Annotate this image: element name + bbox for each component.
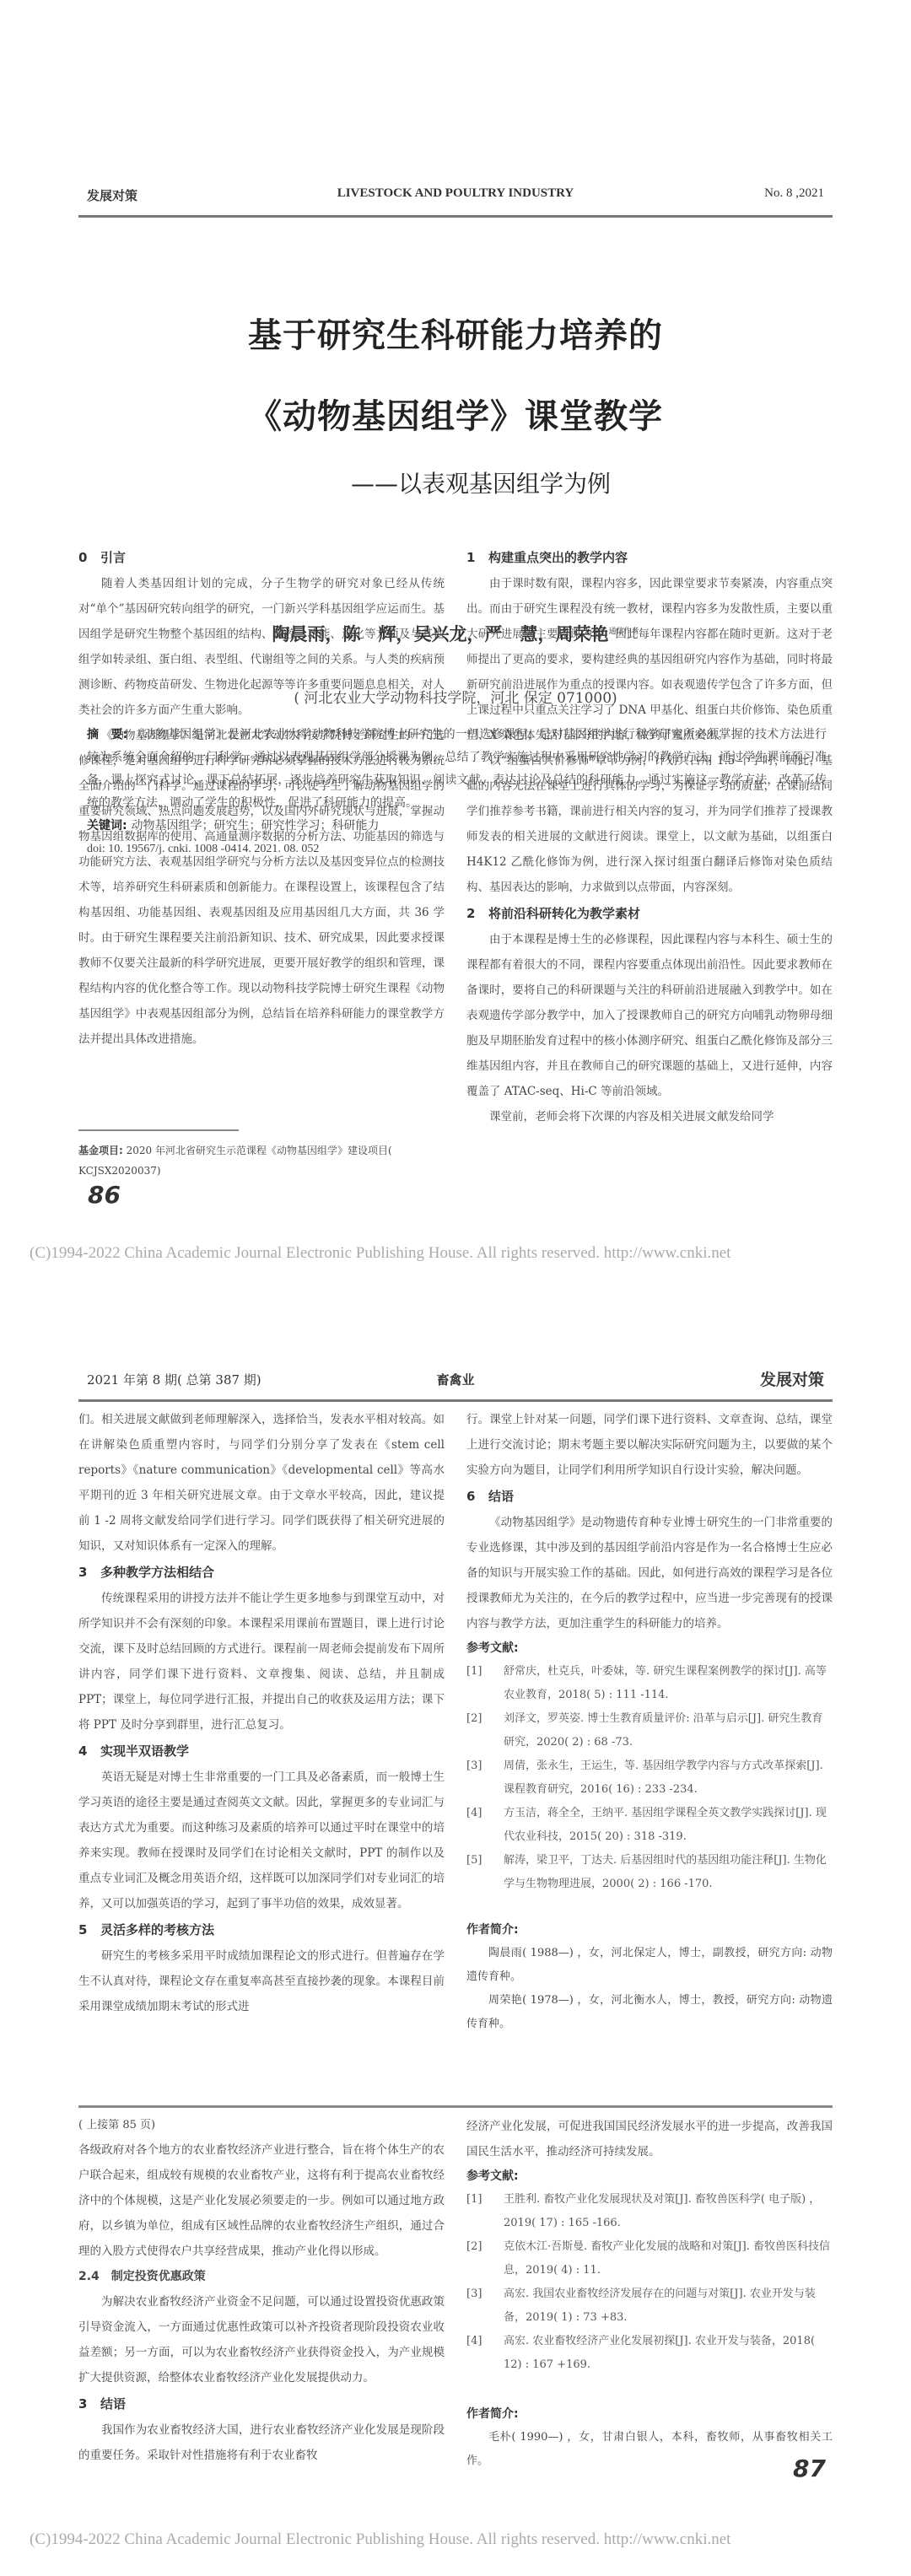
reference-item: [4]高宏. 农业畜牧经济产业化发展初探[J]. 农业开发与装备，2018( 1…	[466, 2330, 833, 2377]
reference-item: [3]周倩，张永生，王运生，等. 基因组学教学内容与方式改革探索[J]. 课程教…	[466, 1754, 833, 1802]
author-bio-heading: 作者简介:	[466, 2402, 833, 2426]
reference-item: [2]刘泽文，罗英姿. 博士生教育质量评价: 沿革与启示[J]. 研究生教育研究…	[466, 1707, 833, 1754]
paragraph: 我国作为农业畜牧经济大国，进行农业畜牧经济产业化发展是现阶段的重要任务。采取针对…	[78, 2417, 445, 2468]
footnote-rule	[78, 1129, 239, 1131]
article-title-line-2: 《动物基因组学》课堂教学	[0, 390, 911, 438]
author-bio: 毛朴( 1990—) ，女，甘肃白银人，本科，畜牧师，从事畜牧相关工作。	[466, 2426, 833, 2473]
running-header: 2021 年第 8 期( 总第 387 期) 畜禽业 发展对策	[78, 1371, 833, 1404]
paragraph: 各级政府对各个地方的农业畜牧经济产业进行整合，旨在将个体生产的农户联合起来，组成…	[78, 2137, 445, 2264]
fund-footnote: 基金项目: 2020 年河北省研究生示范课程《动物基因组学》建设项目( KCJS…	[78, 1140, 450, 1181]
article-divider	[78, 2105, 833, 2108]
subsection-heading: 2.4 制定投资优惠政策	[78, 2264, 445, 2289]
reference-item: [1]王胜利. 畜牧产业化发展现状及对策[J]. 畜牧兽医科学( 电子版) ，2…	[466, 2188, 833, 2235]
paragraph: 传统课程采用的讲授方法并不能让学生更多地参与到课堂互动中，对所学知识并不会有深刻…	[78, 1586, 445, 1738]
right-column: 1构建重点突出的教学内容 由于课时数有限，课程内容多，因此课堂要求节奏紧凑，内容…	[466, 544, 833, 1129]
article-title-line-1: 基于研究生科研能力培养的	[0, 309, 911, 357]
page-number: 87	[793, 2455, 826, 2482]
author-bio: 周荣艳( 1978—) ，女，河北衡水人，博士，教授，研究方向: 动物遗传育种。	[466, 1989, 833, 2036]
article-subtitle: ——以表观基因组学为例	[0, 466, 911, 499]
paragraph: 行。课堂上针对某一问题，同学们课下进行资料、文章查询、总结，课堂上进行交流讨论；…	[466, 1407, 833, 1483]
paragraph: 由于本课程是博士生的必修课程，因此课程内容与本科生、硕士生的课程都有着很大的不同…	[466, 927, 833, 1104]
header-issue: No. 8 ,2021	[764, 186, 824, 201]
page-86: 发展对策 LIVESTOCK AND POULTRY INDUSTRY No. …	[0, 0, 911, 1291]
references-heading: 参考文献:	[466, 1636, 833, 1660]
section-heading-2: 2将前沿科研转化为教学素材	[466, 900, 833, 927]
author-bios: 陶晨雨( 1988—) ，女，河北保定人，博士，副教授，研究方向: 动物遗传育种…	[466, 1942, 833, 2036]
paragraph: 《动物基因组学》是动物遗传育种专业博士研究生的一门非常重要的专业选修课，其中涉及…	[466, 1510, 833, 1636]
right-column: 行。课堂上针对某一问题，同学们课下进行资料、文章查询、总结，课堂上进行交流讨论；…	[466, 1407, 833, 2036]
header-rule	[78, 215, 833, 218]
reference-item: [4]方玉洁，蒋全全，王纳平. 基因组学课程全英文教学实践探讨[J]. 现代农业…	[466, 1802, 833, 1849]
paragraph: 研究生的考核多采用平时成绩加课程论文的形式进行。但普遍存在学生不认真对待，课程论…	[78, 1943, 445, 2019]
paragraph: 以“组蛋白共价修饰”章节为例，计划共占用 1.5 个学时，因此，基础的内容无法在…	[466, 748, 833, 900]
paragraph: 经济产业化发展，可促进我国国民经济发展水平的进一步提高，改善我国国民生活水平，推…	[466, 2114, 833, 2164]
running-header: 发展对策 LIVESTOCK AND POULTRY INDUSTRY No. …	[78, 186, 833, 220]
left-column: 0引言 随着人类基因组计划的完成，分子生物学的研究对象已经从传统对“单个”基因研…	[78, 544, 445, 1052]
author-bio-heading: 作者简介:	[466, 1918, 833, 1942]
header-journal: 畜禽业	[78, 1371, 833, 1388]
copyright-notice: (C)1994-2022 China Academic Journal Elec…	[30, 2530, 730, 2549]
references-heading: 参考文献:	[466, 2164, 833, 2188]
paragraph: 《动物基因组学》是河北农业大学动物科技学院博士研究生的一门选修课程，是对基因组学…	[78, 723, 445, 1052]
reference-item: [5]解涛，梁卫平，丁达夫. 后基因组时代的基因组功能注释[J]. 生物化学与生…	[466, 1849, 833, 1896]
page-87: 2021 年第 8 期( 总第 387 期) 畜禽业 发展对策 们。相关进展文献…	[0, 1291, 911, 2576]
fund-text: 2020 年河北省研究生示范课程《动物基因组学》建设项目( KCJSX20200…	[78, 1145, 392, 1177]
reference-item: [3]高宏. 我国农业畜牧经济发展存在的问题与对策[J]. 农业开发与装备，20…	[466, 2282, 833, 2330]
author-bio: 陶晨雨( 1988—) ，女，河北保定人，博士，副教授，研究方向: 动物遗传育种…	[466, 1942, 833, 1989]
section-heading-6: 6结语	[466, 1483, 833, 1510]
fund-label: 基金项目	[78, 1145, 119, 1156]
header-section: 发展对策	[760, 1367, 824, 1390]
section-heading-4: 4实现半双语教学	[78, 1738, 445, 1765]
paragraph: 英语无疑是对博士生非常重要的一门工具及必备素质，而一般博士生学习英语的途径主要是…	[78, 1765, 445, 1916]
header-journal: LIVESTOCK AND POULTRY INDUSTRY	[78, 186, 833, 201]
second-article-right-column: 经济产业化发展，可促进我国国民经济发展水平的进一步提高，改善我国国民生活水平，推…	[466, 2114, 833, 2473]
paragraph: 课堂前，老师会将下次课的内容及相关进展文献发给同学	[466, 1104, 833, 1129]
author-bios: 毛朴( 1990—) ，女，甘肃白银人，本科，畜牧师，从事畜牧相关工作。	[466, 2426, 833, 2473]
paragraph: 随着人类基因组计划的完成，分子生物学的研究对象已经从传统对“单个”基因研究转向组…	[78, 571, 445, 723]
paragraph: 由于课时数有限，课程内容多，因此课堂要求节奏紧凑，内容重点突出。而由于研究生课程…	[466, 571, 833, 748]
section-heading-conclusion: 3结语	[78, 2390, 445, 2417]
copyright-notice: (C)1994-2022 China Academic Journal Elec…	[30, 1244, 730, 1263]
paragraph: 为解决农业畜牧经济产业资金不足问题，可以通过设置投资优惠政策引导资金流入，一方面…	[78, 2289, 445, 2390]
section-heading-intro: 0引言	[78, 544, 445, 571]
section-heading-1: 1构建重点突出的教学内容	[466, 544, 833, 571]
page-number: 86	[88, 1181, 121, 1209]
paragraph: 们。相关进展文献做到老师理解深入，选择恰当，发表水平相对较高。如在讲解染色质重塑…	[78, 1407, 445, 1559]
header-rule	[78, 1399, 833, 1402]
left-column: 们。相关进展文献做到老师理解深入，选择恰当，发表水平相对较高。如在讲解染色质重塑…	[78, 1407, 445, 2019]
section-heading-5: 5灵活多样的考核方法	[78, 1916, 445, 1943]
reference-item: [1]舒常庆，杜克兵，叶委妹，等. 研究生课程案例教学的探讨[J]. 高等农业教…	[466, 1660, 833, 1707]
second-article-left-column: ( 上接第 85 页) 各级政府对各个地方的农业畜牧经济产业进行整合，旨在将个体…	[78, 2114, 445, 2468]
section-heading-3: 3多种教学方法相结合	[78, 1559, 445, 1586]
continued-from-note: ( 上接第 85 页)	[78, 2114, 445, 2137]
reference-item: [2]克依木江·吾斯曼. 畜牧产业化发展的战略和对策[J]. 畜牧兽医科技信息，…	[466, 2235, 833, 2282]
